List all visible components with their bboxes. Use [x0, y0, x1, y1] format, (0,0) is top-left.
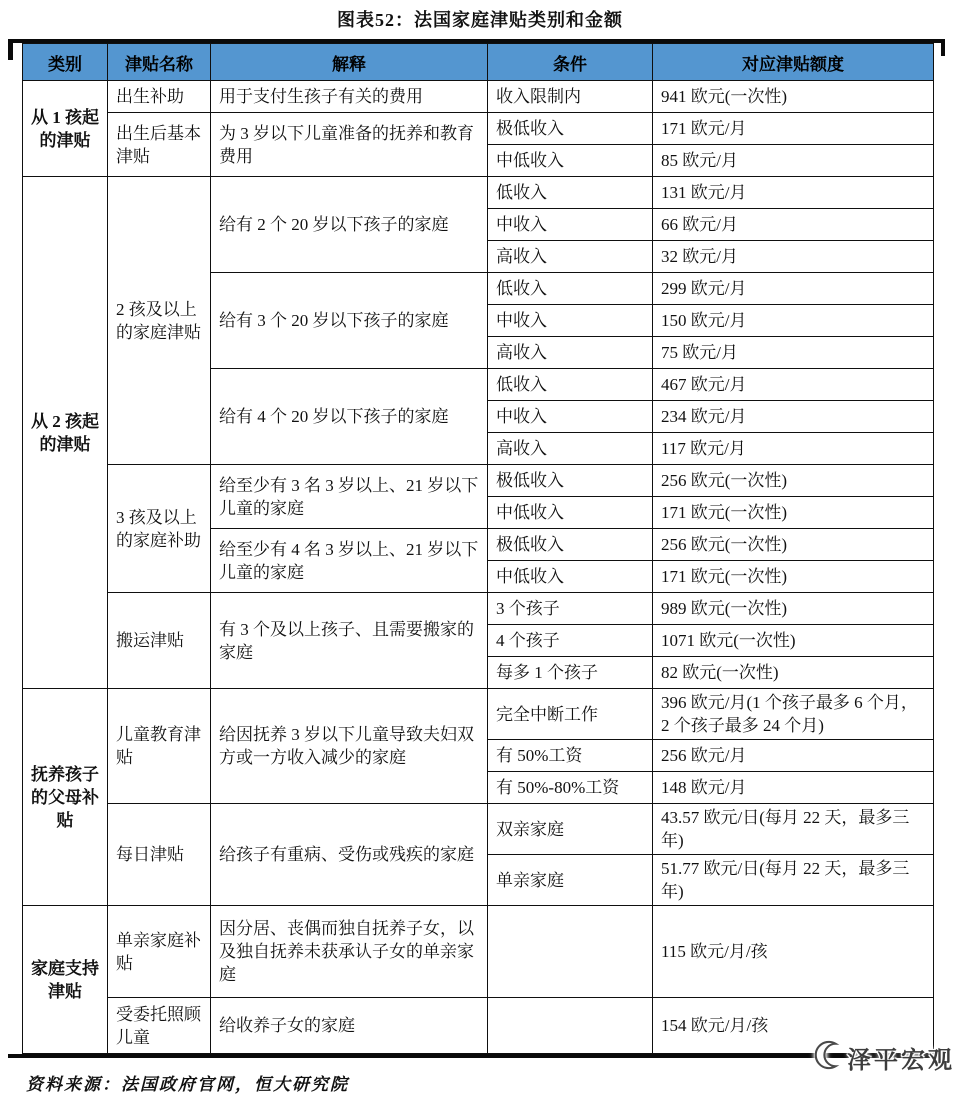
table-header-row: 类别 津贴名称 解释 条件 对应津贴额度 — [23, 44, 934, 81]
amount-cell: 256 欧元/月 — [653, 740, 934, 772]
condition-cell: 中收入 — [488, 401, 653, 433]
amount-cell: 171 欧元(一次性) — [653, 497, 934, 529]
explanation-cell: 给有 2 个 20 岁以下孩子的家庭 — [211, 177, 488, 273]
condition-cell: 低收入 — [488, 369, 653, 401]
allowance-table-body: 从 1 孩起的津贴出生补助用于支付生孩子有关的费用收入限制内941 欧元(一次性… — [23, 81, 934, 1054]
explanation-cell: 给至少有 3 名 3 岁以上、21 岁以下儿童的家庭 — [211, 465, 488, 529]
table-row: 抚养孩子的父母补贴儿童教育津贴给因抚养 3 岁以下儿童导致夫妇双方或一方收入减少… — [23, 689, 934, 740]
table-row: 搬运津贴有 3 个及以上孩子、且需要搬家的家庭3 个孩子989 欧元(一次性) — [23, 593, 934, 625]
table-row: 3 孩及以上的家庭补助给至少有 3 名 3 岁以上、21 岁以下儿童的家庭极低收… — [23, 465, 934, 497]
header-explanation: 解释 — [211, 44, 488, 81]
amount-cell: 150 欧元/月 — [653, 305, 934, 337]
condition-cell: 单亲家庭 — [488, 855, 653, 906]
condition-cell: 4 个孩子 — [488, 625, 653, 657]
top-rule-divider — [8, 39, 945, 43]
allowance-name-cell: 3 孩及以上的家庭补助 — [108, 465, 211, 593]
condition-cell: 双亲家庭 — [488, 804, 653, 855]
watermark-text: 泽平宏观 — [847, 1040, 955, 1075]
allowance-table: 类别 津贴名称 解释 条件 对应津贴额度 从 1 孩起的津贴出生补助用于支付生孩… — [22, 43, 934, 1054]
condition-cell: 每多 1 个孩子 — [488, 657, 653, 689]
explanation-cell: 给有 3 个 20 岁以下孩子的家庭 — [211, 273, 488, 369]
condition-cell: 有 50%-80%工资 — [488, 772, 653, 804]
amount-cell: 256 欧元(一次性) — [653, 465, 934, 497]
condition-cell — [488, 998, 653, 1054]
amount-cell: 989 欧元(一次性) — [653, 593, 934, 625]
crescent-moon-logo-icon — [815, 1040, 845, 1075]
header-amount: 对应津贴额度 — [653, 44, 934, 81]
allowance-name-cell: 受委托照顾儿童 — [108, 998, 211, 1054]
explanation-cell: 给收养子女的家庭 — [211, 998, 488, 1054]
amount-cell: 467 欧元/月 — [653, 369, 934, 401]
allowance-name-cell: 单亲家庭补贴 — [108, 906, 211, 998]
amount-cell: 234 欧元/月 — [653, 401, 934, 433]
condition-cell: 3 个孩子 — [488, 593, 653, 625]
condition-cell: 中低收入 — [488, 497, 653, 529]
condition-cell: 低收入 — [488, 177, 653, 209]
allowance-name-cell: 儿童教育津贴 — [108, 689, 211, 804]
allowance-name-cell: 出生补助 — [108, 81, 211, 113]
condition-cell: 中低收入 — [488, 561, 653, 593]
condition-cell: 中收入 — [488, 209, 653, 241]
amount-cell: 32 欧元/月 — [653, 241, 934, 273]
amount-cell: 75 欧元/月 — [653, 337, 934, 369]
condition-cell: 低收入 — [488, 273, 653, 305]
table-row: 每日津贴给孩子有重病、受伤或残疾的家庭双亲家庭43.57 欧元/日(每月 22 … — [23, 804, 934, 855]
allowance-name-cell: 2 孩及以上的家庭津贴 — [108, 177, 211, 465]
category-cell: 从 1 孩起的津贴 — [23, 81, 108, 177]
table-row: 受委托照顾儿童给收养子女的家庭154 欧元/月/孩 — [23, 998, 934, 1054]
explanation-cell: 给孩子有重病、受伤或残疾的家庭 — [211, 804, 488, 906]
header-category: 类别 — [23, 44, 108, 81]
table-row: 从 1 孩起的津贴出生补助用于支付生孩子有关的费用收入限制内941 欧元(一次性… — [23, 81, 934, 113]
amount-cell: 117 欧元/月 — [653, 433, 934, 465]
allowance-name-cell: 每日津贴 — [108, 804, 211, 906]
condition-cell: 中收入 — [488, 305, 653, 337]
condition-cell: 收入限制内 — [488, 81, 653, 113]
condition-cell — [488, 906, 653, 998]
amount-cell: 131 欧元/月 — [653, 177, 934, 209]
table-row: 从 2 孩起的津贴2 孩及以上的家庭津贴给有 2 个 20 岁以下孩子的家庭低收… — [23, 177, 934, 209]
condition-cell: 极低收入 — [488, 529, 653, 561]
figure-title: 图表52：法国家庭津贴类别和金额 — [0, 9, 960, 31]
amount-cell: 148 欧元/月 — [653, 772, 934, 804]
explanation-cell: 有 3 个及以上孩子、且需要搬家的家庭 — [211, 593, 488, 689]
amount-cell: 299 欧元/月 — [653, 273, 934, 305]
table-row: 家庭支持津贴单亲家庭补贴因分居、丧偶而独自抚养子女，以及独自抚养未获承认子女的单… — [23, 906, 934, 998]
explanation-cell: 为 3 岁以下儿童准备的抚养和教育费用 — [211, 113, 488, 177]
amount-cell: 396 欧元/月(1 个孩子最多 6 个月，2 个孩子最多 24 个月) — [653, 689, 934, 740]
header-allowance-name: 津贴名称 — [108, 44, 211, 81]
bottom-rule-divider: 泽平宏观 — [8, 1054, 945, 1058]
condition-cell: 中低收入 — [488, 145, 653, 177]
condition-cell: 极低收入 — [488, 113, 653, 145]
condition-cell: 高收入 — [488, 337, 653, 369]
table-row: 出生后基本津贴为 3 岁以下儿童准备的抚养和教育费用极低收入171 欧元/月 — [23, 113, 934, 145]
condition-cell: 有 50%工资 — [488, 740, 653, 772]
category-cell: 抚养孩子的父母补贴 — [23, 689, 108, 906]
amount-cell: 85 欧元/月 — [653, 145, 934, 177]
amount-cell: 941 欧元(一次性) — [653, 81, 934, 113]
condition-cell: 高收入 — [488, 433, 653, 465]
condition-cell: 高收入 — [488, 241, 653, 273]
explanation-cell: 给因抚养 3 岁以下儿童导致夫妇双方或一方收入减少的家庭 — [211, 689, 488, 804]
explanation-cell: 给有 4 个 20 岁以下孩子的家庭 — [211, 369, 488, 465]
explanation-cell: 因分居、丧偶而独自抚养子女，以及独自抚养未获承认子女的单亲家庭 — [211, 906, 488, 998]
amount-cell: 115 欧元/月/孩 — [653, 906, 934, 998]
allowance-name-cell: 搬运津贴 — [108, 593, 211, 689]
amount-cell: 51.77 欧元/日(每月 22 天，最多三年) — [653, 855, 934, 906]
amount-cell: 43.57 欧元/日(每月 22 天，最多三年) — [653, 804, 934, 855]
header-condition: 条件 — [488, 44, 653, 81]
amount-cell: 66 欧元/月 — [653, 209, 934, 241]
category-cell: 从 2 孩起的津贴 — [23, 177, 108, 689]
amount-cell: 82 欧元(一次性) — [653, 657, 934, 689]
watermark: 泽平宏观 — [815, 1040, 955, 1075]
explanation-cell: 给至少有 4 名 3 岁以上、21 岁以下儿童的家庭 — [211, 529, 488, 593]
explanation-cell: 用于支付生孩子有关的费用 — [211, 81, 488, 113]
amount-cell: 171 欧元(一次性) — [653, 561, 934, 593]
amount-cell: 256 欧元(一次性) — [653, 529, 934, 561]
amount-cell: 171 欧元/月 — [653, 113, 934, 145]
condition-cell: 完全中断工作 — [488, 689, 653, 740]
allowance-name-cell: 出生后基本津贴 — [108, 113, 211, 177]
page: { "title": "图表52：法国家庭津贴类别和金额", "source":… — [0, 0, 960, 1106]
category-cell: 家庭支持津贴 — [23, 906, 108, 1054]
amount-cell: 1071 欧元(一次性) — [653, 625, 934, 657]
condition-cell: 极低收入 — [488, 465, 653, 497]
